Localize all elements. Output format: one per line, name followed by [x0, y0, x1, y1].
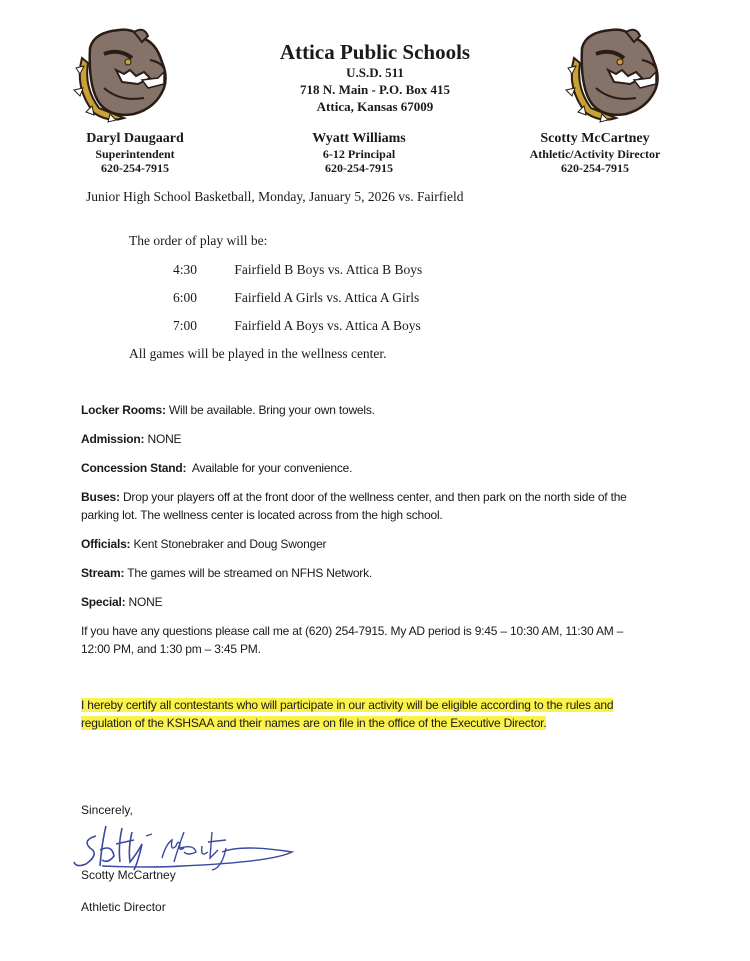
- info-officials: Officials: Kent Stonebraker and Doug Swo…: [81, 535, 681, 553]
- address-line: 718 N. Main - P.O. Box 415: [230, 81, 520, 98]
- info-text: NONE: [125, 595, 162, 609]
- info-label: Admission:: [81, 432, 144, 446]
- staff-role: Superintendent: [60, 147, 210, 161]
- info-text: Will be available. Bring your own towels…: [166, 403, 375, 417]
- info-text: Kent Stonebraker and Doug Swonger: [130, 537, 326, 551]
- info-label: Special:: [81, 595, 125, 609]
- staff-phone: 620-254-7915: [284, 161, 434, 175]
- city-line: Attica, Kansas 67009: [230, 98, 520, 115]
- school-name: Attica Public Schools: [230, 40, 520, 64]
- staff-phone: 620-254-7915: [495, 161, 695, 175]
- game-matchup: Fairfield B Boys vs. Attica B Boys: [234, 262, 422, 277]
- bulldog-icon: [556, 18, 666, 128]
- info-text: The games will be streamed on NFHS Netwo…: [124, 566, 372, 580]
- game-time: 6:00: [173, 290, 231, 306]
- game-row: 4:30 Fairfield B Boys vs. Attica B Boys: [173, 262, 422, 278]
- info-stream: Stream: The games will be streamed on NF…: [81, 564, 681, 582]
- signer-name: Scotty McCartney: [81, 868, 176, 882]
- signature: [72, 822, 312, 872]
- game-row: 6:00 Fairfield A Girls vs. Attica A Girl…: [173, 290, 419, 306]
- highlighted-certification: I hereby certify all contestants who wil…: [81, 698, 613, 730]
- venue-note: All games will be played in the wellness…: [129, 346, 387, 362]
- district: U.S.D. 511: [230, 64, 520, 81]
- info-concession: Concession Stand: Available for your con…: [81, 459, 681, 477]
- info-label: Stream:: [81, 566, 124, 580]
- info-buses: Buses: Drop your players off at the fron…: [81, 488, 651, 524]
- staff-athletic-director: Scotty McCartney Athletic/Activity Direc…: [495, 131, 695, 175]
- info-label: Buses:: [81, 490, 120, 504]
- info-admission: Admission: NONE: [81, 430, 681, 448]
- staff-name: Scotty McCartney: [495, 131, 695, 147]
- event-title: Junior High School Basketball, Monday, J…: [86, 189, 463, 205]
- info-text: Available for your convenience.: [186, 461, 352, 475]
- letterhead: Attica Public Schools U.S.D. 511 718 N. …: [230, 40, 520, 115]
- info-special: Special: NONE: [81, 593, 681, 611]
- info-text: NONE: [144, 432, 181, 446]
- game-row: 7:00 Fairfield A Boys vs. Attica A Boys: [173, 318, 421, 334]
- info-text: Drop your players off at the front door …: [81, 490, 627, 522]
- staff-role: 6-12 Principal: [284, 147, 434, 161]
- staff-role: Athletic/Activity Director: [495, 147, 695, 161]
- game-time: 4:30: [173, 262, 231, 278]
- staff-name: Wyatt Williams: [284, 131, 434, 147]
- bulldog-icon: [64, 18, 174, 128]
- staff-superintendent: Daryl Daugaard Superintendent 620-254-79…: [60, 131, 210, 175]
- info-label: Locker Rooms:: [81, 403, 166, 417]
- staff-name: Daryl Daugaard: [60, 131, 210, 147]
- order-intro: The order of play will be:: [129, 233, 267, 249]
- handwritten-signature-icon: [72, 822, 312, 872]
- info-label: Officials:: [81, 537, 130, 551]
- info-locker-rooms: Locker Rooms: Will be available. Bring y…: [81, 401, 681, 419]
- certification-statement: I hereby certify all contestants who wil…: [81, 696, 661, 732]
- bulldog-logo-left: [64, 18, 174, 128]
- game-time: 7:00: [173, 318, 231, 334]
- bulldog-logo-right: [556, 18, 666, 128]
- staff-phone: 620-254-7915: [60, 161, 210, 175]
- info-label: Concession Stand:: [81, 461, 186, 475]
- signer-title: Athletic Director: [81, 900, 166, 914]
- game-matchup: Fairfield A Boys vs. Attica A Boys: [234, 318, 420, 333]
- staff-principal: Wyatt Williams 6-12 Principal 620-254-79…: [284, 131, 434, 175]
- game-matchup: Fairfield A Girls vs. Attica A Girls: [234, 290, 419, 305]
- contact-paragraph: If you have any questions please call me…: [81, 622, 651, 658]
- salutation: Sincerely,: [81, 803, 133, 817]
